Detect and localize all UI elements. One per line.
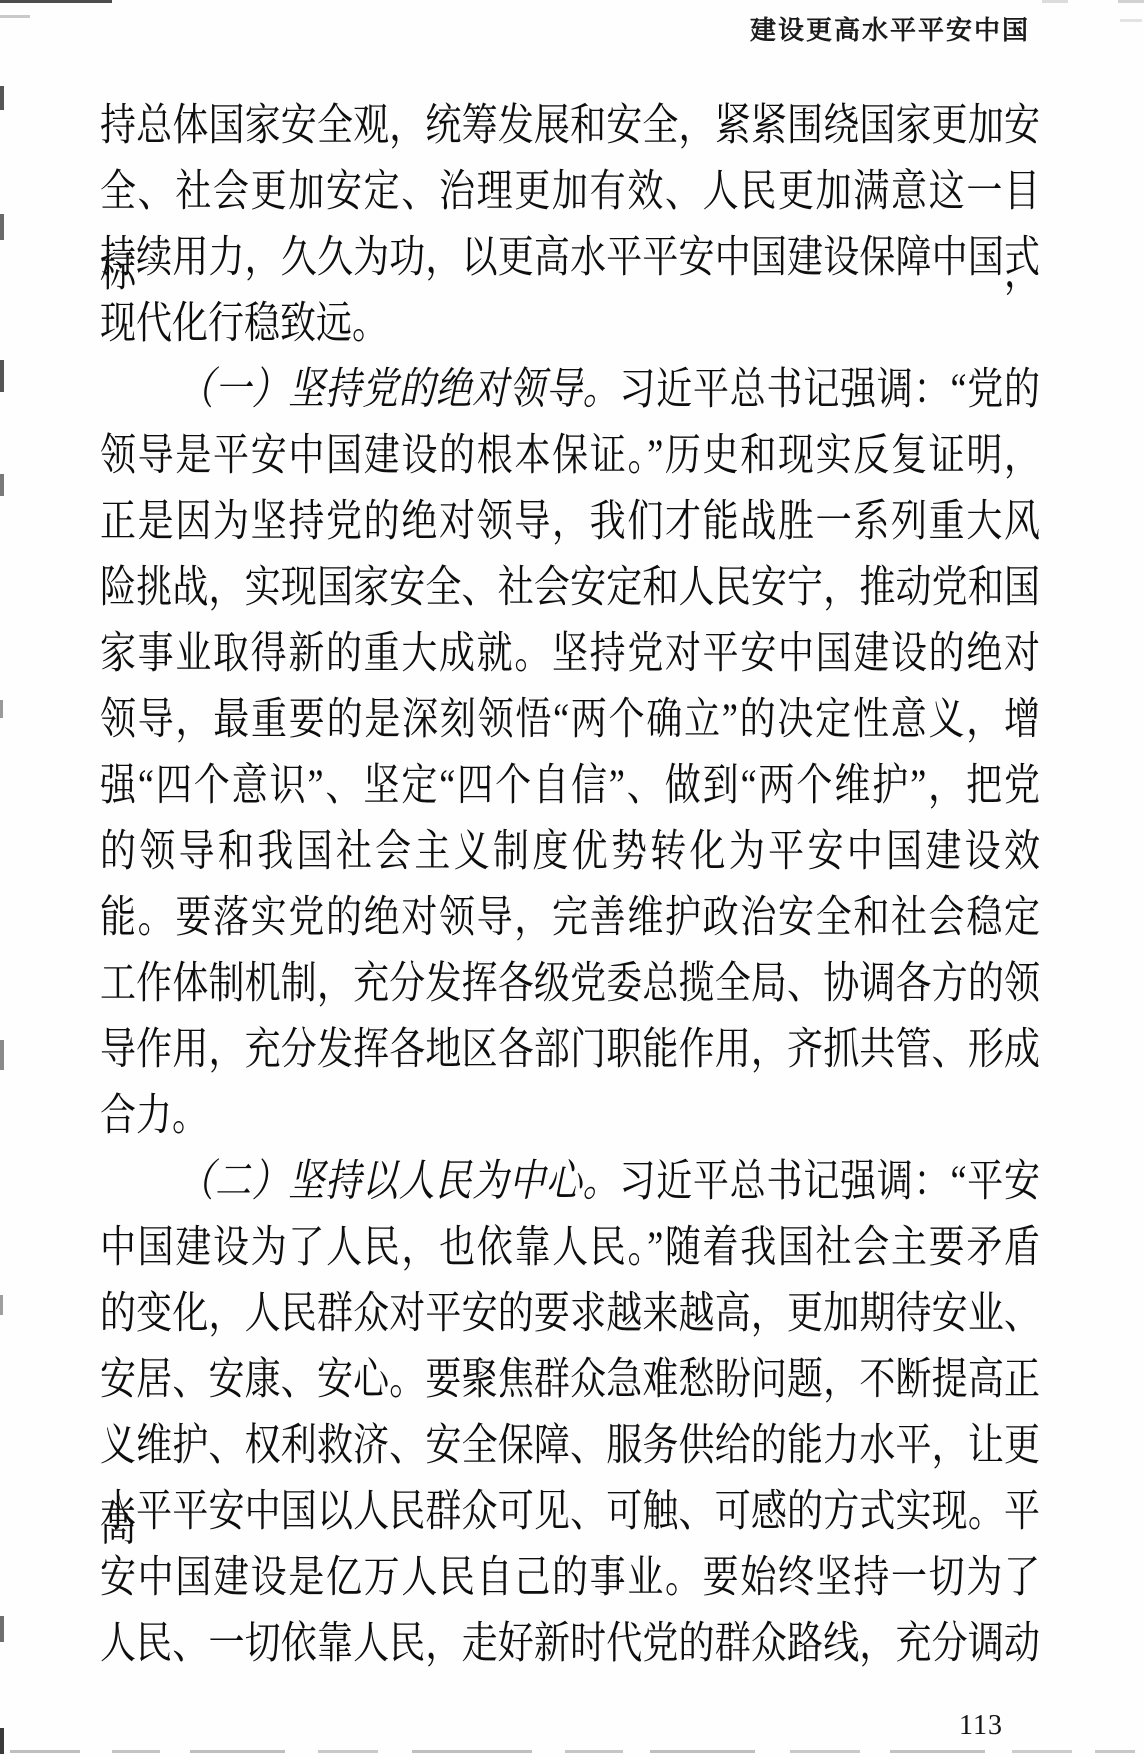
section-lead: （一）坚持党的绝对领导。: [178, 365, 619, 414]
scan-artifact: [790, 1750, 860, 1753]
line-text: 习近平总书记强调：“平安: [619, 1157, 1040, 1206]
scan-artifact: [890, 1750, 985, 1753]
scan-artifact: [1118, 0, 1144, 3]
scan-artifact: [0, 214, 4, 240]
scan-artifact: [0, 1295, 3, 1315]
scan-artifact: [1095, 1750, 1135, 1753]
scan-artifact: [565, 1750, 623, 1753]
body-text: 持总体国家安全观，统筹发展和安全，紧紧围绕国家更加安 全、社会更加安定、治理更加…: [100, 92, 1040, 1676]
line-text: 习近平总书记强调：“党的: [619, 365, 1040, 414]
scan-artifact: [0, 1040, 4, 1070]
scan-artifact: [0, 86, 4, 110]
scan-artifact: [190, 1750, 285, 1753]
scan-artifact: [318, 1750, 378, 1753]
section-lead: （二）坚持以人民为中心。: [178, 1157, 619, 1206]
scan-artifact: [0, 474, 4, 496]
scan-artifact: [0, 700, 3, 718]
scan-artifact: [1042, 0, 1068, 3]
scan-artifact: [650, 1750, 755, 1753]
scan-artifact: [10, 1750, 80, 1753]
running-header: 建设更高水平平安中国: [750, 10, 1030, 47]
page-number: 113: [959, 1710, 1003, 1742]
scan-artifact: [0, 1728, 4, 1754]
scan-artifact: [0, 15, 30, 18]
scan-artifact: [412, 1750, 532, 1753]
scan-artifact: [1120, 19, 1142, 22]
scan-artifact: [0, 0, 112, 3]
book-page: 建设更高水平平安中国 持总体国家安全观，统筹发展和安全，紧紧围绕国家更加安 全、…: [0, 0, 1144, 1757]
scan-artifact: [0, 1616, 4, 1642]
scan-artifact: [112, 1750, 160, 1753]
scan-artifact: [1012, 1750, 1072, 1753]
text-line: 人民、一切依靠人民，走好新时代党的群众路线，充分调动: [100, 1603, 1040, 1684]
scan-artifact: [0, 360, 4, 392]
